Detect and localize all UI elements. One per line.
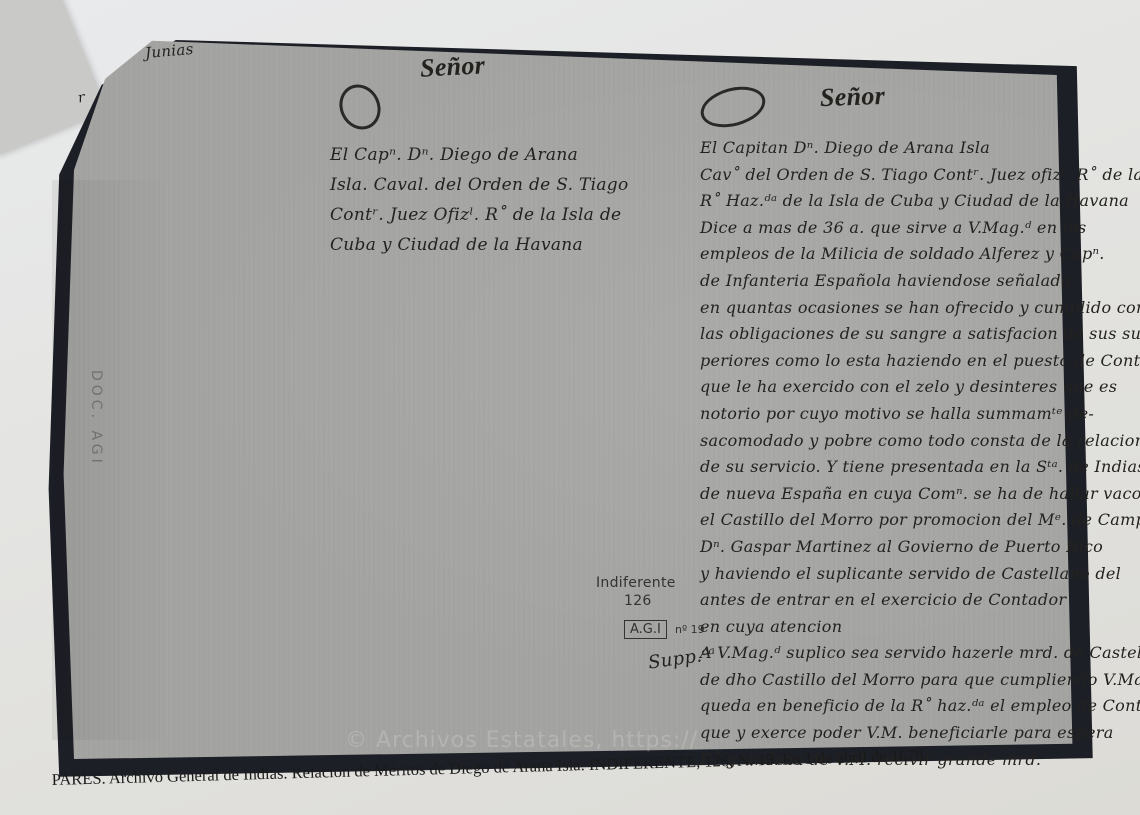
left-heading: Señor bbox=[419, 50, 486, 83]
left-line: Isla. Caval. del Orden de S. Tiago bbox=[330, 170, 629, 200]
right-line: periores como lo esta haziendo en el pue… bbox=[700, 348, 1140, 375]
right-line: de nueva España en cuya Comⁿ. se ha de h… bbox=[700, 481, 1140, 508]
right-line: Dice a mas de 36 a. que sirve a V.Mag.ᵈ … bbox=[700, 215, 1140, 242]
left-column-text: El Capⁿ. Dⁿ. Diego de Arana Isla. Caval.… bbox=[330, 140, 629, 260]
right-line: las obligaciones de su sangre a satisfac… bbox=[700, 321, 1140, 348]
left-line: El Capⁿ. Dⁿ. Diego de Arana bbox=[330, 140, 629, 170]
right-line: en cuya atencion bbox=[700, 614, 1140, 641]
agi-stamp: A.G.I bbox=[624, 620, 667, 639]
right-line: queda en beneficio de la R˚ haz.ᵈᵃ el em… bbox=[700, 693, 1140, 720]
agi-number: nº 19 bbox=[675, 623, 705, 636]
right-line: Dⁿ. Gaspar Martinez al Govierno de Puert… bbox=[700, 534, 1140, 561]
right-line: antes de entrar en el exercicio de Conta… bbox=[700, 587, 1140, 614]
scan-fold-shadow bbox=[52, 180, 172, 740]
right-line: R˚ Haz.ᵈᵃ de la Isla de Cuba y Ciudad de… bbox=[700, 188, 1140, 215]
right-line: de Infanteria Española haviendose señala… bbox=[700, 268, 1140, 295]
right-line: que le ha exercido con el zelo y desinte… bbox=[700, 374, 1140, 401]
right-line: sacomodado y pobre como todo consta de l… bbox=[700, 428, 1140, 455]
right-column-text: El Capitan Dⁿ. Diego de Arana Isla Cav˚ … bbox=[700, 135, 1140, 773]
right-line: el Castillo del Morro por promocion del … bbox=[700, 507, 1140, 534]
right-line: de su servicio. Y tiene presentada en la… bbox=[700, 454, 1140, 481]
right-line: Cav˚ del Orden de S. Tiago Contʳ. Juez o… bbox=[700, 162, 1140, 189]
right-line: de dho Castillo del Morro para que cumpl… bbox=[700, 667, 1140, 694]
right-heading: Señor bbox=[819, 81, 885, 113]
right-line: en quantas ocasiones se han ofrecido y c… bbox=[700, 295, 1140, 322]
left-line: Cuba y Ciudad de la Havana bbox=[330, 230, 629, 260]
right-line: notorio por cuyo motivo se halla summamᵗ… bbox=[700, 401, 1140, 428]
archive-section: Indiferente bbox=[596, 574, 676, 592]
faded-vertical-stamp: DOC. AGI bbox=[88, 370, 104, 467]
archive-reference-note: Indiferente 126 bbox=[596, 574, 676, 610]
right-line: A V.Mag.ᵈ suplico sea servido hazerle mr… bbox=[700, 640, 1140, 667]
left-line: Contʳ. Juez Ofizˡ. R˚ de la Isla de bbox=[330, 200, 629, 230]
archive-legajo: 126 bbox=[596, 592, 676, 610]
right-line: El Capitan Dⁿ. Diego de Arana Isla bbox=[700, 135, 1140, 162]
right-line: y haviendo el suplicante servido de Cast… bbox=[700, 561, 1140, 588]
watermark: © Archivos Estatales, https:// bbox=[345, 728, 698, 753]
right-line: empleos de la Milicia de soldado Alferez… bbox=[700, 241, 1140, 268]
